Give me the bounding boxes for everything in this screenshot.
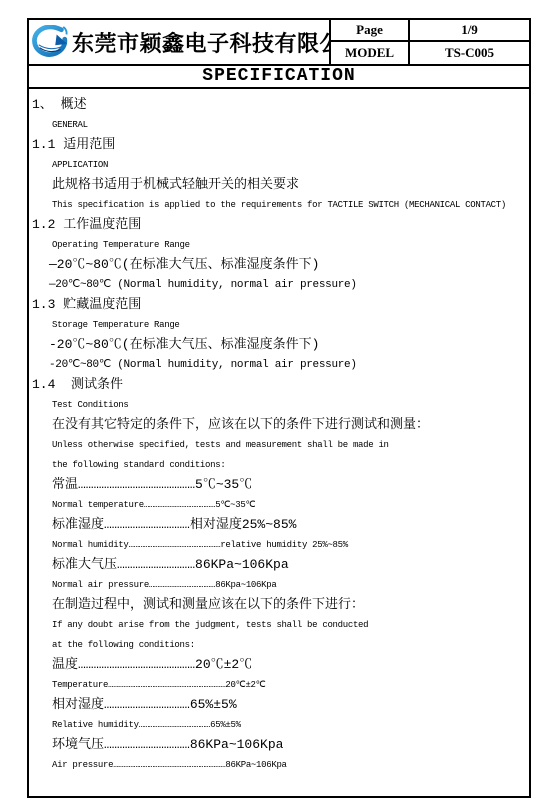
spec-line: GENERAL bbox=[29, 115, 529, 135]
company-logo-swoosh-icon bbox=[32, 25, 70, 59]
spec-line: 1.2 工作温度范围 bbox=[29, 215, 529, 235]
header: 东莞市颖鑫电子科技有限公司 Page 1/9 MODEL TS-C005 bbox=[29, 20, 529, 66]
page-value: 1/9 bbox=[410, 20, 529, 42]
spec-line: -20℃~80℃(在标准大气压、标准湿度条件下) bbox=[29, 335, 529, 355]
model-label: MODEL bbox=[331, 42, 410, 64]
spec-sheet: 东莞市颖鑫电子科技有限公司 Page 1/9 MODEL TS-C005 SPE… bbox=[27, 18, 531, 798]
spec-line: —20℃~80℃ (Normal humidity, normal air pr… bbox=[29, 275, 529, 295]
spec-line: at the following conditions: bbox=[29, 635, 529, 655]
spec-line: Normal temperature……………………………………5℃~35℃ bbox=[29, 495, 529, 515]
spec-line: Unless otherwise specified, tests and me… bbox=[29, 435, 529, 455]
spec-line: Test Conditions bbox=[29, 395, 529, 415]
spec-line: the following standard conditions: bbox=[29, 455, 529, 475]
spec-line: —20℃~80℃(在标准大气压、标准湿度条件下) bbox=[29, 255, 529, 275]
spec-body: 1、 概述 GENERAL 1.1 适用范围 APPLICATION 此规格书适… bbox=[29, 89, 529, 775]
spec-line: 在没有其它特定的条件下，应该在以下的条件下进行测试和测量： bbox=[29, 415, 529, 435]
spec-line: Air pressure…………………………………………………………86KPa~… bbox=[29, 755, 529, 775]
spec-line: 此规格书适用于机械式轻触开关的相关要求 bbox=[29, 175, 529, 195]
spec-line: 环境气压……………………………86KPa~106Kpa bbox=[29, 735, 529, 755]
spec-line: 温度………………………………………20℃±2℃ bbox=[29, 655, 529, 675]
spec-line: Temperature……………………………………………………………20℃±2℃ bbox=[29, 675, 529, 695]
spec-line: 标准湿度……………………………相对湿度25%~85% bbox=[29, 515, 529, 535]
spec-line: -20℃~80℃ (Normal humidity, normal air pr… bbox=[29, 355, 529, 375]
company-name: 东莞市颖鑫电子科技有限公司 bbox=[72, 27, 331, 58]
spec-line: 1.4 测试条件 bbox=[29, 375, 529, 395]
spec-line: Operating Temperature Range bbox=[29, 235, 529, 255]
spec-line: This specification is applied to the req… bbox=[29, 195, 529, 215]
spec-line: Storage Temperature Range bbox=[29, 315, 529, 335]
company-brand: 东莞市颖鑫电子科技有限公司 bbox=[29, 20, 331, 64]
spec-line: Normal humidity………………………………………………relativ… bbox=[29, 535, 529, 555]
spec-line: 在制造过程中，测试和测量应该在以下的条件下进行： bbox=[29, 595, 529, 615]
spec-line: 1.1 适用范围 bbox=[29, 135, 529, 155]
spec-line: Normal air pressure…………………………………86Kpa~10… bbox=[29, 575, 529, 595]
spec-line: 相对湿度……………………………65%±5% bbox=[29, 695, 529, 715]
spec-line: 1.3 贮藏温度范围 bbox=[29, 295, 529, 315]
spec-line: 1、 概述 bbox=[29, 95, 529, 115]
model-value: TS-C005 bbox=[410, 42, 529, 64]
document-page: 东莞市颖鑫电子科技有限公司 Page 1/9 MODEL TS-C005 SPE… bbox=[0, 0, 551, 812]
spec-title: SPECIFICATION bbox=[29, 66, 529, 89]
page-model-table: Page 1/9 MODEL TS-C005 bbox=[331, 20, 529, 64]
spec-line: 标准大气压…………………………86KPa~106Kpa bbox=[29, 555, 529, 575]
spec-line: Relative humidity……………………………………65%±5% bbox=[29, 715, 529, 735]
spec-line: APPLICATION bbox=[29, 155, 529, 175]
page-label: Page bbox=[331, 20, 410, 42]
spec-line: If any doubt arise from the judgment, te… bbox=[29, 615, 529, 635]
spec-line: 常温………………………………………5℃~35℃ bbox=[29, 475, 529, 495]
